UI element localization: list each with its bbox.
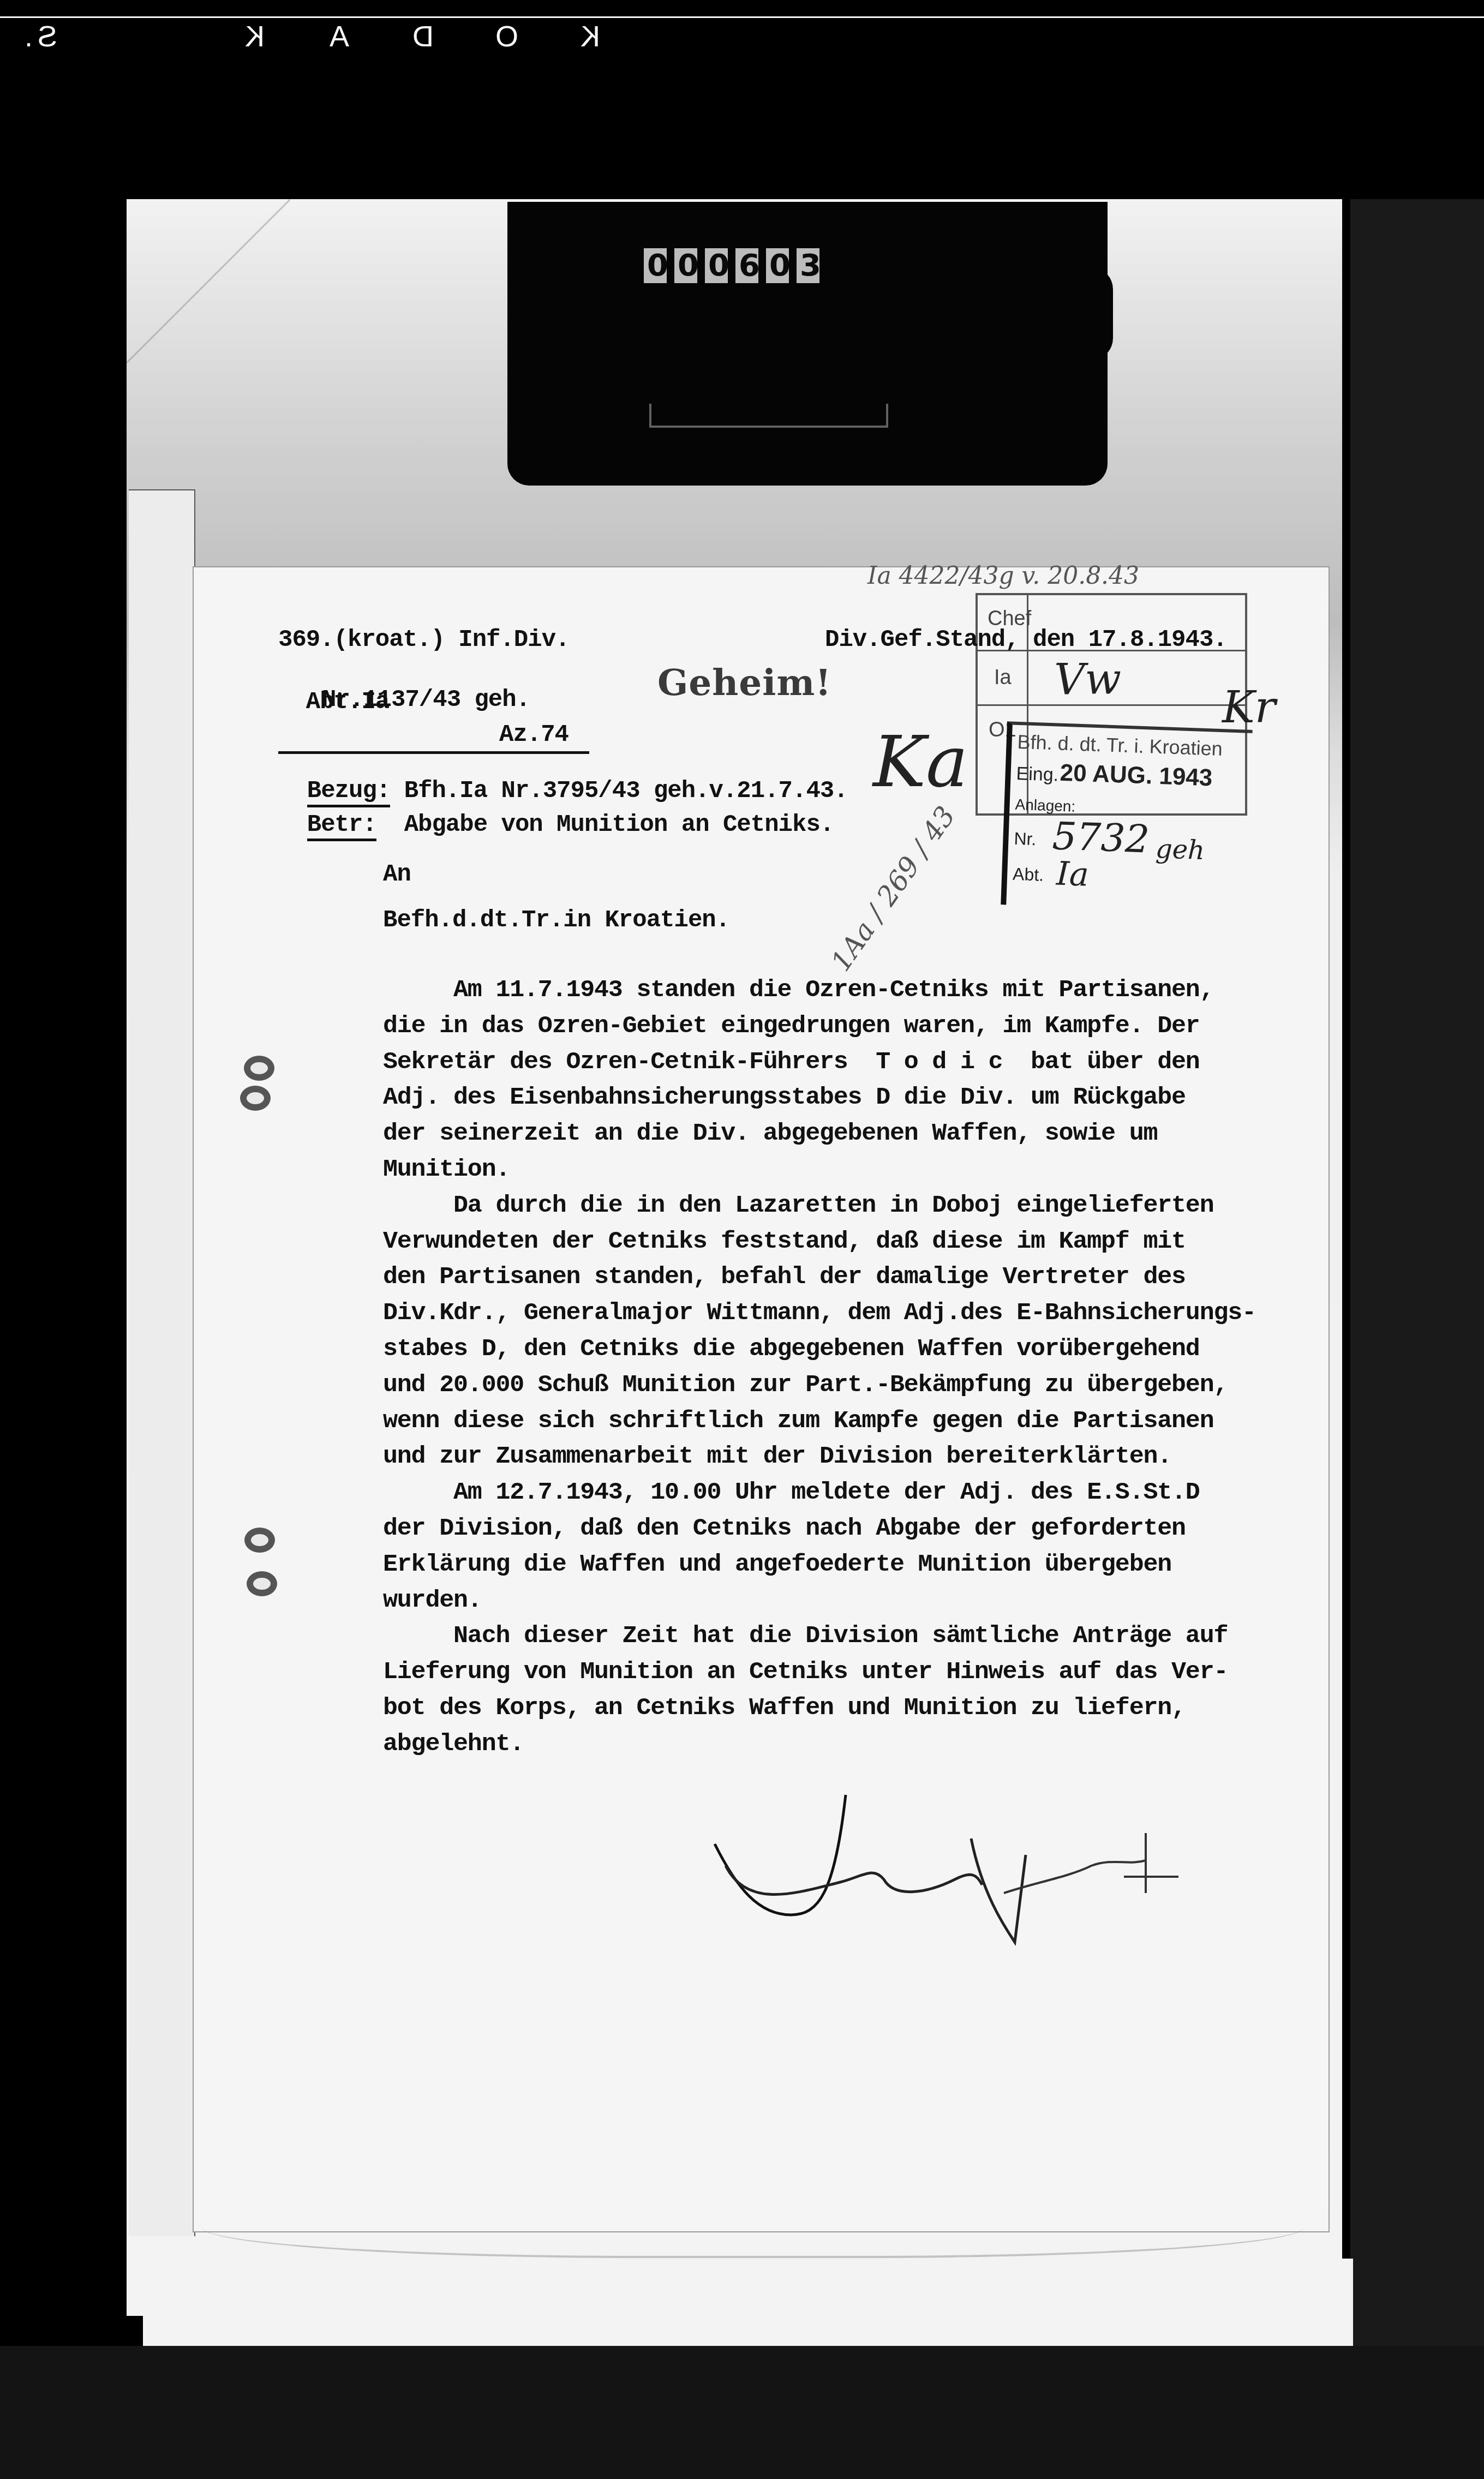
film-letter: K — [245, 20, 265, 53]
body-line: Nach dieser Zeit hat die Division sämtli… — [383, 1618, 1321, 1654]
subject-row: Betr: Abgabe von Munition an Cetniks. — [279, 776, 834, 841]
to-label: An — [383, 858, 411, 891]
subject-label: Betr: — [307, 811, 376, 841]
sender-number: Nr.1137/43 geh. — [322, 684, 530, 716]
body-line: stabes D, den Cetniks die abgegebenen Wa… — [383, 1331, 1321, 1367]
film-frame-right — [1350, 199, 1484, 2346]
body-line: die in das Ozren-Gebiet eingedrungen war… — [383, 1008, 1321, 1044]
frame-counter-digits: 0 0 0 6 0 3 — [644, 248, 819, 283]
body-line: der seinerzeit an die Div. abgegebenen W… — [383, 1116, 1321, 1152]
counter-digit: 6 — [735, 248, 758, 283]
body-line: Div.Kdr., Generalmajor Wittmann, dem Adj… — [383, 1295, 1321, 1331]
body-line: Munition. — [383, 1152, 1321, 1188]
punch-hole — [244, 1528, 275, 1553]
film-edge-rule — [0, 16, 1484, 18]
body-line: Erklärung die Waffen und angefoederte Mu… — [383, 1547, 1321, 1583]
film-letter: . — [25, 20, 33, 53]
body-line: und 20.000 Schuß Munition zur Part.-Bekä… — [383, 1367, 1321, 1403]
body-line: Am 12.7.1943, 10.00 Uhr meldete der Adj.… — [383, 1475, 1321, 1511]
subject-initials: Ka — [873, 720, 968, 803]
letter-body: Am 11.7.1943 standen die Ozren-Cetniks m… — [383, 972, 1321, 1762]
counter-digit: 0 — [644, 248, 667, 283]
body-line: Lieferung von Munition an Cetniks unter … — [383, 1654, 1321, 1690]
receipt-stamp-header: Bfh. d. dt. Tr. i. Kroatien — [1017, 730, 1223, 761]
handwritten-reference: Ia 4422/43g v. 20.8.43 — [867, 562, 1139, 590]
film-edge-bottom — [0, 2346, 1484, 2479]
body-line: abgelehnt. — [383, 1726, 1321, 1762]
stamp-divider — [978, 704, 1245, 706]
receipt-stamp-date: 20 AUG. 1943 — [1060, 759, 1213, 792]
body-line: wenn diese sich schriftlich zum Kampfe g… — [383, 1403, 1321, 1439]
receipt-stamp-nr-suffix: geh — [1155, 834, 1205, 866]
receipt-stamp-anlagen-label: Anlagen: — [1015, 796, 1076, 816]
signature — [698, 1784, 1244, 1959]
film-letter: D — [412, 20, 434, 53]
left-margin-tab — [129, 489, 195, 2236]
margin-initials: Kr — [1222, 682, 1276, 733]
body-line: bot des Korps, an Cetniks Waffen und Mun… — [383, 1690, 1321, 1726]
frame-counter-device — [507, 202, 1108, 486]
backing-board-bottom — [143, 2259, 1353, 2348]
ia-initials: Vw — [1054, 655, 1121, 704]
film-letter: K — [581, 20, 600, 53]
counter-digit: 0 — [705, 248, 728, 283]
body-line: Da durch die in den Lazaretten in Doboj … — [383, 1188, 1321, 1224]
receipt-stamp-eing-label: Eing. — [1016, 763, 1059, 786]
film-letter: S — [38, 20, 57, 53]
punch-hole — [247, 1571, 277, 1596]
receipt-stamp-abt-label: Abt. — [1013, 864, 1044, 885]
counter-slot — [649, 404, 888, 428]
film-edge-label: K O D A K S . — [0, 20, 600, 52]
punch-hole — [240, 1086, 271, 1111]
receipt-stamp: Bfh. d. dt. Tr. i. Kroatien Eing. 20 AUG… — [1001, 721, 1252, 913]
receipt-stamp-nr-label: Nr. — [1014, 829, 1037, 849]
body-line: Verwundeten der Cetniks feststand, daß d… — [383, 1224, 1321, 1260]
counter-digit: 3 — [797, 248, 819, 283]
body-line: der Division, daß den Cetniks nach Abgab… — [383, 1511, 1321, 1547]
counter-digit: 0 — [766, 248, 789, 283]
receipt-stamp-abt-value: Ia — [1056, 855, 1090, 894]
body-line: Am 11.7.1943 standen die Ozren-Cetniks m… — [383, 972, 1321, 1008]
torn-bottom-edge — [202, 2207, 1304, 2258]
film-letter: O — [495, 20, 518, 53]
body-line: Sekretär des Ozren-Cetnik-Führers T o d … — [383, 1044, 1321, 1080]
place-date: Div.Gef.Stand, den 17.8.1943. — [825, 624, 1227, 656]
body-line: und zur Zusammenarbeit mit der Division … — [383, 1439, 1321, 1475]
film-letter: A — [330, 20, 349, 53]
body-line: wurden. — [383, 1583, 1321, 1619]
subject-value: Abgabe von Munition an Cetniks. — [404, 811, 834, 839]
counter-digit: 0 — [674, 248, 697, 283]
punch-hole — [244, 1056, 274, 1081]
backing-fold-crease — [127, 199, 290, 363]
classification-stamp: Geheim! — [657, 661, 831, 704]
recipient: Befh.d.dt.Tr.in Kroatien. — [383, 904, 729, 937]
stamp-cell-ia: Ia — [994, 666, 1012, 690]
body-line: den Partisanen standen, befahl der damal… — [383, 1259, 1321, 1295]
sender-unit: 369.(kroat.) Inf.Div. — [278, 624, 570, 656]
frame-counter-side — [1026, 267, 1113, 360]
body-line: Adj. des Eisenbahnsicherungsstabes D die… — [383, 1080, 1321, 1116]
